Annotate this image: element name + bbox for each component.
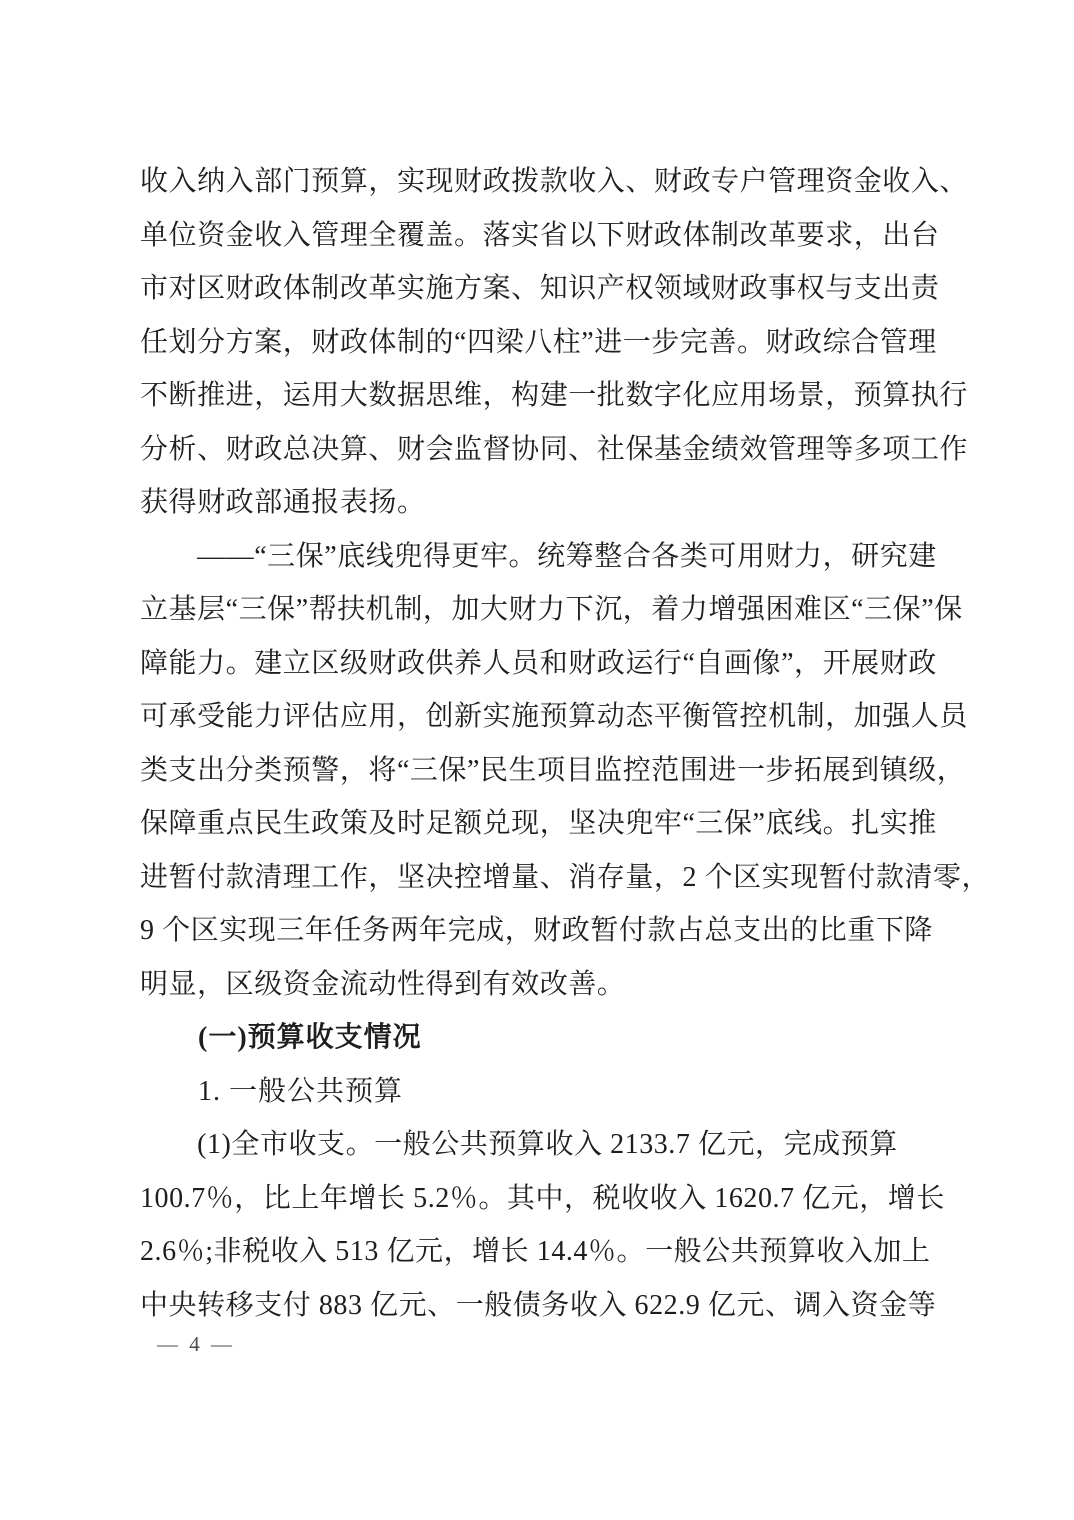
text-line: 100.7％，比上年增长 5.2％。其中，税收收入 1620.7 亿元，增长 — [140, 1172, 946, 1226]
text-line: 单位资金收入管理全覆盖。落实省以下财政体制改革要求，出台 — [140, 209, 946, 263]
heading-budget-revenue-expenditure: (一)预算收支情况 — [140, 1011, 946, 1065]
text-line: 进暂付款清理工作，坚决控增量、消存量，2 个区实现暂付款清零， — [140, 851, 946, 905]
text-line: 可承受能力评估应用，创新实施预算动态平衡管控机制，加强人员 — [140, 690, 946, 744]
text-line: 中央转移支付 883 亿元、一般债务收入 622.9 亿元、调入资金等 — [140, 1279, 946, 1333]
text-line: 收入纳入部门预算，实现财政拨款收入、财政专户管理资金收入、 — [140, 155, 946, 209]
text-line: 不断推进，运用大数据思维，构建一批数字化应用场景，预算执行 — [140, 369, 946, 423]
document-body: 收入纳入部门预算，实现财政拨款收入、财政专户管理资金收入、单位资金收入管理全覆盖… — [140, 155, 946, 1332]
subheading-general-public-budget: 1. 一般公共预算 — [140, 1065, 946, 1119]
para-budget-management-reform: 收入纳入部门预算，实现财政拨款收入、财政专户管理资金收入、单位资金收入管理全覆盖… — [140, 155, 946, 530]
text-line: 任划分方案，财政体制的“四梁八柱”进一步完善。财政综合管理 — [140, 316, 946, 370]
text-line: 明显，区级资金流动性得到有效改善。 — [140, 958, 946, 1012]
text-line: (一)预算收支情况 — [140, 1011, 946, 1065]
text-line: ——“三保”底线兜得更牢。统筹整合各类可用财力，研究建 — [140, 530, 946, 584]
para-three-guarantees-bottom-line: ——“三保”底线兜得更牢。统筹整合各类可用财力，研究建立基层“三保”帮扶机制，加… — [140, 530, 946, 1012]
page-number: — 4 — — [157, 1332, 235, 1357]
text-line: 1. 一般公共预算 — [140, 1065, 946, 1119]
text-line: 市对区财政体制改革实施方案、知识产权领域财政事权与支出责 — [140, 262, 946, 316]
text-line: 保障重点民生政策及时足额兑现，坚决兜牢“三保”底线。扎实推 — [140, 797, 946, 851]
para-citywide-revenue-expenditure: (1)全市收支。一般公共预算收入 2133.7 亿元，完成预算100.7％，比上… — [140, 1118, 946, 1332]
text-line: 9 个区实现三年任务两年完成，财政暂付款占总支出的比重下降 — [140, 904, 946, 958]
text-line: 获得财政部通报表扬。 — [140, 476, 946, 530]
text-line: 立基层“三保”帮扶机制，加大财力下沉，着力增强困难区“三保”保 — [140, 583, 946, 637]
text-line: 分析、财政总决算、财会监督协同、社保基金绩效管理等多项工作 — [140, 423, 946, 477]
text-line: 类支出分类预警，将“三保”民生项目监控范围进一步拓展到镇级， — [140, 744, 946, 798]
text-line: (1)全市收支。一般公共预算收入 2133.7 亿元，完成预算 — [140, 1118, 946, 1172]
text-line: 2.6％;非税收入 513 亿元，增长 14.4％。一般公共预算收入加上 — [140, 1225, 946, 1279]
document-page: 收入纳入部门预算，实现财政拨款收入、财政专户管理资金收入、单位资金收入管理全覆盖… — [0, 0, 1074, 1520]
text-line: 障能力。建立区级财政供养人员和财政运行“自画像”，开展财政 — [140, 637, 946, 691]
